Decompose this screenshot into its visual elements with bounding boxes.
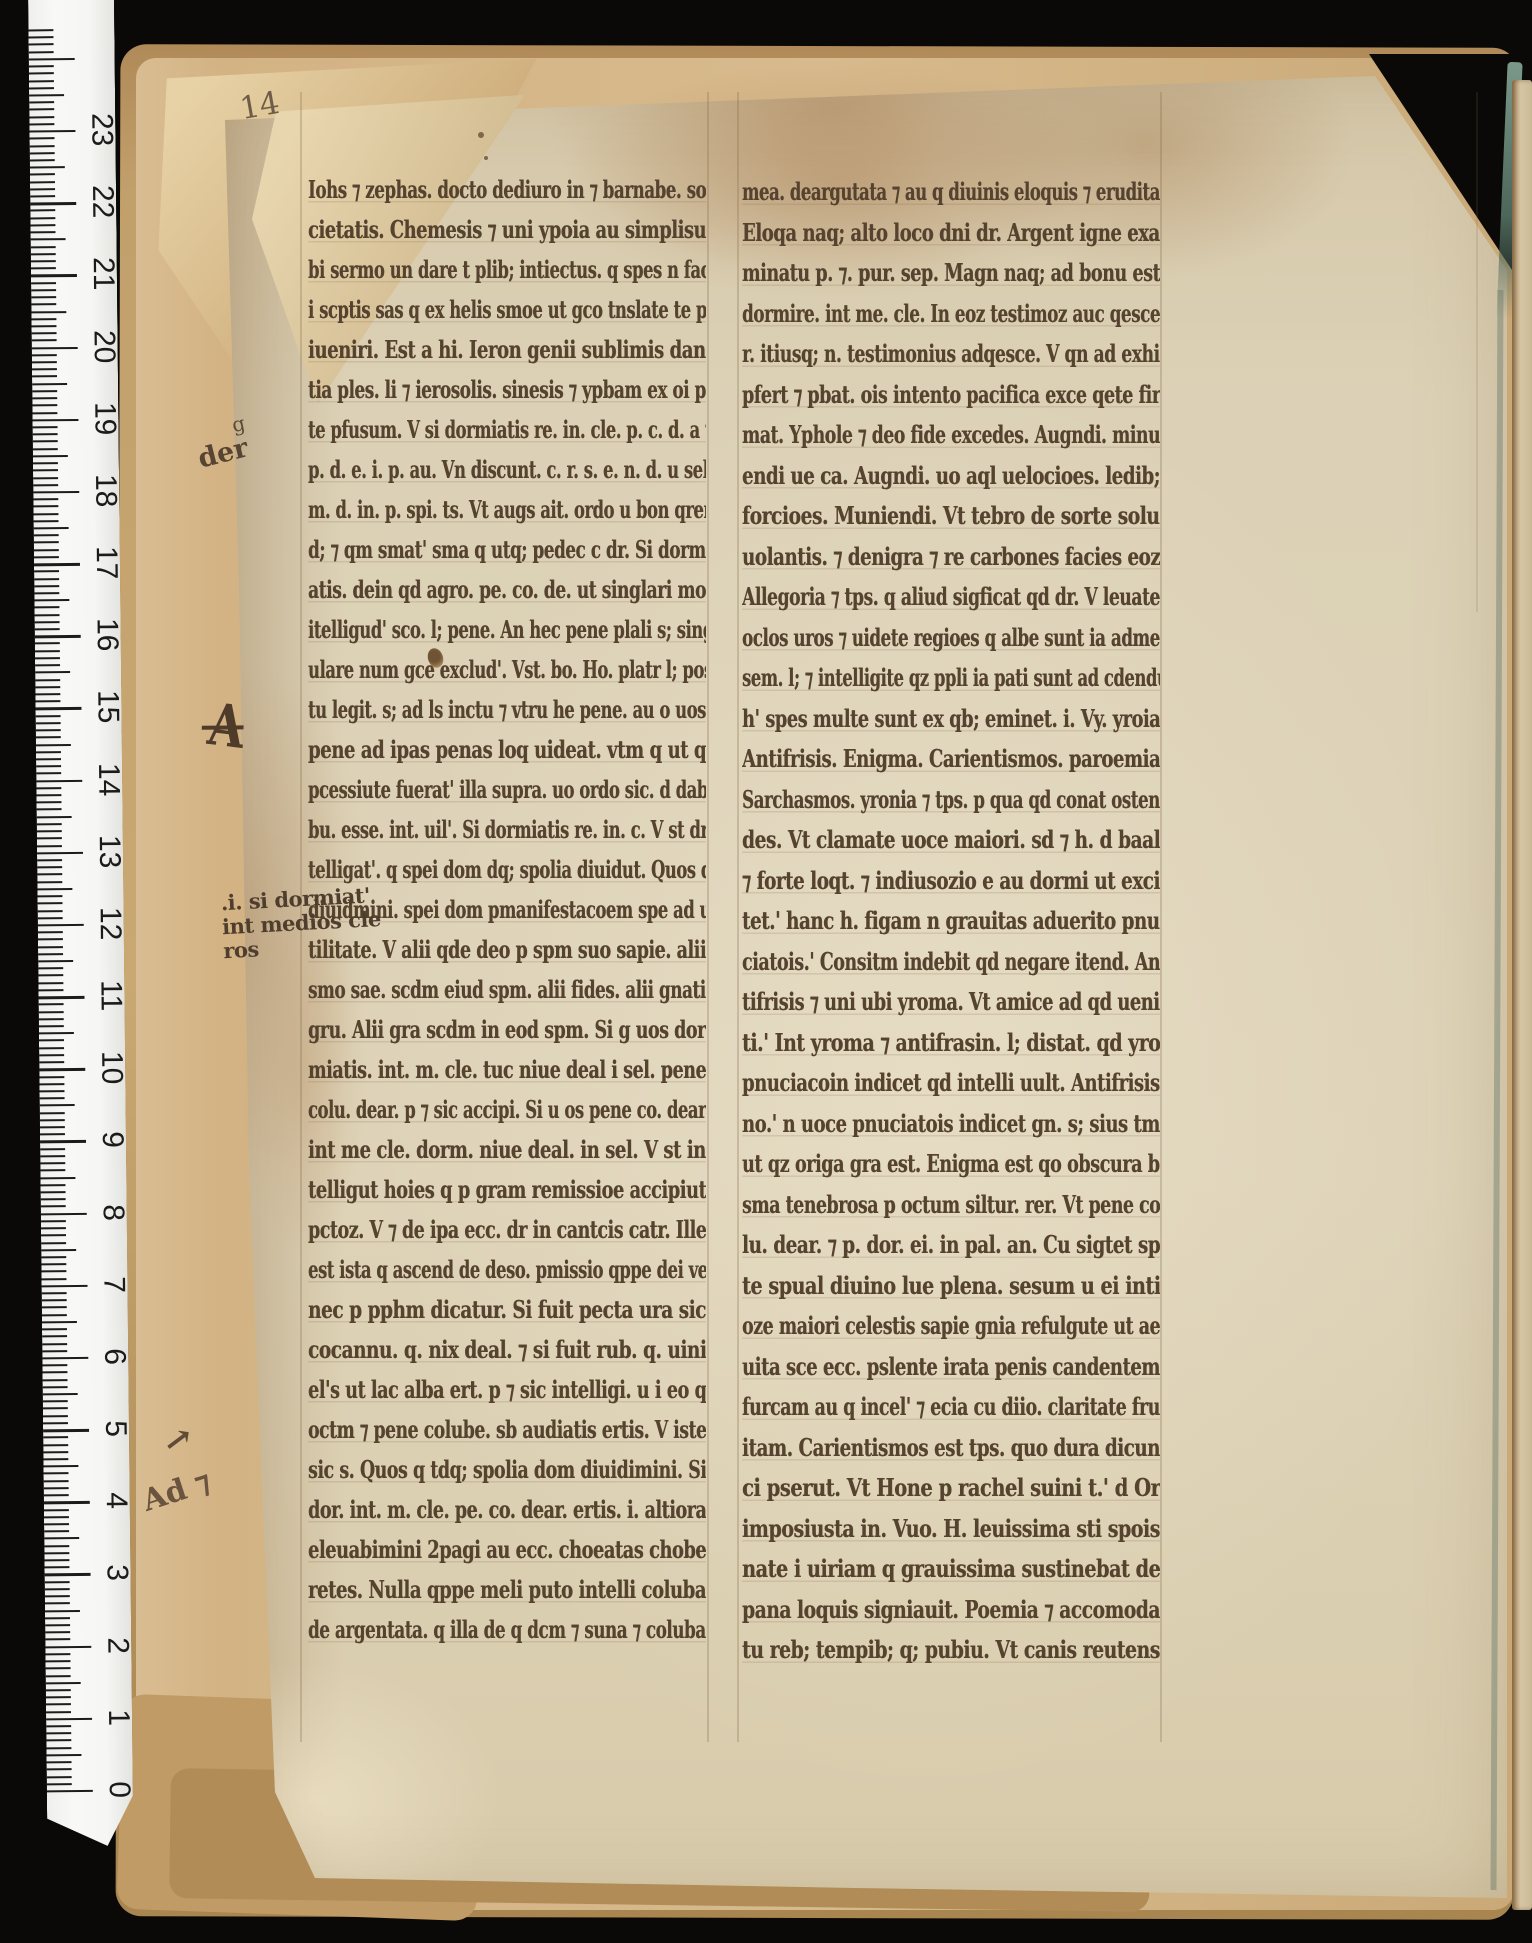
ruler-tick bbox=[33, 477, 58, 479]
ruler-tick bbox=[39, 1083, 64, 1085]
ruler-tick bbox=[29, 130, 75, 133]
ruler-tick bbox=[37, 823, 62, 825]
ruler-tick bbox=[39, 1032, 74, 1034]
manuscript-text-line: est ista q ascend de deso. pmissio qppe … bbox=[308, 1250, 579, 1290]
ruler-tick bbox=[31, 325, 56, 327]
ruler-tick bbox=[37, 816, 72, 818]
ruler-tick bbox=[34, 520, 59, 522]
ruler-tick bbox=[41, 1206, 66, 1208]
ruler-tick bbox=[38, 953, 63, 955]
ruler-tick bbox=[35, 628, 60, 630]
manuscript-text-line: tu reb; tempib; q; pubiu. Vt canis reute… bbox=[742, 1630, 1070, 1671]
ruler-tick bbox=[30, 137, 55, 139]
ruler-tick bbox=[45, 1610, 80, 1612]
ruler-tick bbox=[29, 109, 54, 111]
ruler-tick bbox=[43, 1473, 68, 1475]
ruler-tick bbox=[46, 1703, 71, 1705]
ruler-tick bbox=[37, 895, 62, 897]
ruler-tick bbox=[44, 1530, 69, 1532]
manuscript-text-line: lu. dear. ⁊ p. dor. ei. in pal. an. Cu s… bbox=[742, 1225, 1061, 1266]
manuscript-text-line: i scptis sas q ex helis smoe ut gco tnsl… bbox=[308, 290, 579, 330]
ruler-tick bbox=[31, 282, 56, 284]
ruler-tick bbox=[39, 1003, 64, 1005]
ruler-tick bbox=[34, 527, 69, 529]
ruler-tick bbox=[47, 1776, 72, 1778]
ruler-tick bbox=[36, 787, 61, 789]
manuscript-text-line: furcam au q incel' ⁊ ecia cu diio. clari… bbox=[742, 1387, 1045, 1428]
ruler-tick bbox=[45, 1581, 70, 1583]
ruler-tick bbox=[39, 1040, 64, 1042]
ruler-tick bbox=[41, 1249, 76, 1251]
manuscript-text-line: dor. int. m. cle. pe. co. dear. ertis. i… bbox=[308, 1490, 598, 1530]
ruler-tick bbox=[35, 686, 60, 688]
manuscript-text-line: nate i uiriam q grauissima sustinebat de bbox=[742, 1549, 1077, 1590]
ruler-tick bbox=[45, 1602, 70, 1604]
ruler-tick bbox=[41, 1256, 66, 1258]
ruler-tick bbox=[40, 1169, 65, 1171]
manuscript-text-line: no.' n uoce pnuciatois indicet gn. s; si… bbox=[742, 1104, 1055, 1145]
manuscript-text-line: m. d. in. p. spi. ts. Vt augs ait. ordo … bbox=[308, 490, 579, 530]
ruler-tick bbox=[43, 1415, 68, 1417]
ruler-tick bbox=[30, 210, 55, 212]
manuscript-text-line: nec p pphm dicatur. Si fuit pecta ura si… bbox=[308, 1290, 614, 1330]
ruler-tick bbox=[36, 773, 61, 775]
ruler-tick bbox=[37, 837, 62, 839]
ruler-tick bbox=[32, 404, 57, 406]
ruler-tick bbox=[34, 585, 59, 587]
ruler-tick bbox=[36, 722, 61, 724]
ruler-number: 11 bbox=[93, 976, 127, 1016]
ruler-tick bbox=[32, 390, 57, 392]
ruler-tick bbox=[29, 87, 54, 89]
manuscript-text-line: bu. esse. int. uil'. Si dormiatis re. in… bbox=[308, 810, 579, 850]
ruler-number: 23 bbox=[84, 110, 118, 150]
ruler-tick bbox=[35, 657, 60, 659]
manuscript-text-line: ciatois.' Consitm indebit qd negare iten… bbox=[742, 942, 1045, 983]
ruler-tick bbox=[47, 1790, 93, 1793]
manuscript-text-line: dormire. int me. cle. In eoz testimoz au… bbox=[742, 294, 1033, 335]
ruler-tick bbox=[32, 397, 57, 399]
ruler-tick bbox=[45, 1646, 91, 1649]
manuscript-text-line: sma tenebrosa p octum siltur. rer. Vt pe… bbox=[742, 1185, 1043, 1226]
manuscript-text-line: sem. l; ⁊ intelligite qz ppli ia pati su… bbox=[742, 658, 1026, 699]
ruler-tick bbox=[45, 1653, 70, 1655]
ruler-tick bbox=[28, 29, 53, 31]
manuscript-text-line: te spual diuino lue plena. sesum u ei in… bbox=[742, 1266, 1076, 1307]
ruler-tick bbox=[43, 1465, 78, 1467]
vertical-ruling bbox=[1476, 92, 1478, 612]
ruler-tick bbox=[46, 1667, 71, 1669]
ruler-tick bbox=[31, 303, 56, 305]
manuscript-text-line: de argentata. q illa de q dcm ⁊ suna ⁊ c… bbox=[308, 1610, 585, 1650]
ruler-tick bbox=[37, 859, 62, 861]
manuscript-text-line: forcioes. Muniendi. Vt tebro de sorte so… bbox=[742, 496, 1067, 537]
ruler-number: 22 bbox=[85, 182, 119, 222]
ruler-tick bbox=[29, 58, 75, 61]
ruler-tick bbox=[35, 664, 60, 666]
ruler-tick bbox=[29, 51, 54, 53]
ruler-tick bbox=[47, 1783, 72, 1785]
manuscript-text-line: octm ⁊ pene colube. sb audiatis ertis. V… bbox=[308, 1410, 593, 1450]
ruler-tick bbox=[30, 152, 55, 154]
ruler-tick bbox=[40, 1140, 86, 1143]
ruler-tick bbox=[31, 311, 66, 313]
ruler-tick bbox=[44, 1516, 69, 1518]
margin-arrow-mark: ↗ bbox=[161, 1418, 195, 1462]
ruler-tick bbox=[42, 1292, 67, 1294]
manuscript-text-line: iueniri. Est a hi. Ieron genii sublimis … bbox=[308, 330, 607, 370]
ruler-tick bbox=[34, 592, 59, 594]
ruler-tick bbox=[33, 491, 79, 494]
ruler-tick bbox=[44, 1480, 69, 1482]
ruler-tick bbox=[35, 693, 60, 695]
ruler-tick bbox=[37, 852, 83, 855]
ruler-tick bbox=[36, 765, 61, 767]
ruler-tick bbox=[32, 332, 57, 334]
vertical-ruling bbox=[737, 92, 739, 1742]
ruler-tick bbox=[34, 607, 59, 609]
ruler-tick bbox=[33, 448, 58, 450]
ruler-tick bbox=[34, 542, 59, 544]
ruler-tick bbox=[33, 506, 58, 508]
ruler-tick bbox=[34, 534, 59, 536]
manuscript-text-line: pnuciacoin indicet qd intelli uult. Anti… bbox=[742, 1063, 1055, 1104]
ruler-tick bbox=[46, 1740, 71, 1742]
ruler-tick bbox=[34, 549, 59, 551]
manuscript-text-line: Iohs ⁊ zephas. docto dediuro in ⁊ barnab… bbox=[308, 170, 583, 210]
ruler-tick bbox=[32, 340, 57, 342]
ruler-tick bbox=[45, 1624, 70, 1626]
ruler-tick bbox=[37, 845, 62, 847]
ruler-tick bbox=[46, 1682, 81, 1684]
ruler-tick bbox=[39, 1047, 64, 1049]
ruler-tick bbox=[41, 1220, 66, 1222]
vertical-ruling bbox=[1160, 92, 1162, 1742]
ruler-tick bbox=[41, 1242, 66, 1244]
ruler-tick bbox=[33, 498, 58, 500]
ruler-tick bbox=[34, 570, 59, 572]
ruler-tick bbox=[38, 931, 63, 933]
ruler-tick bbox=[39, 1090, 64, 1092]
ruler-tick bbox=[36, 794, 61, 796]
manuscript-text-line: Allegoria ⁊ tps. q aliud sigficat qd dr.… bbox=[742, 577, 1040, 618]
ruler-tick bbox=[36, 780, 82, 783]
ruler-tick bbox=[41, 1263, 66, 1265]
ruler-tick bbox=[44, 1523, 69, 1525]
ruler-tick bbox=[39, 1061, 64, 1063]
ruler-tick bbox=[44, 1552, 69, 1554]
ruler-tick bbox=[46, 1689, 71, 1691]
ruler-tick bbox=[31, 246, 56, 248]
ruler-tick bbox=[38, 902, 63, 904]
ruler-tick bbox=[41, 1198, 66, 1200]
manuscript-text-line: mea. deargutata ⁊ au q diuinis eloquis ⁊… bbox=[742, 172, 1027, 213]
ruler-tick bbox=[38, 917, 63, 919]
ruler-tick bbox=[31, 267, 56, 269]
ruler-tick bbox=[42, 1335, 67, 1337]
ruler-tick bbox=[36, 801, 61, 803]
ruler-tick bbox=[35, 671, 70, 673]
ruler-number: 21 bbox=[86, 254, 120, 294]
ruler-tick bbox=[30, 145, 55, 147]
ruler-tick bbox=[34, 563, 80, 566]
ruler-tick bbox=[46, 1696, 71, 1698]
ruler-number: 7 bbox=[96, 1264, 130, 1304]
ruler-tick bbox=[29, 101, 54, 103]
next-folio-edge bbox=[1512, 80, 1532, 1910]
ruler-tick bbox=[44, 1494, 69, 1496]
ruler-tick bbox=[37, 809, 62, 811]
ruler-tick bbox=[38, 975, 63, 977]
manuscript-text-line: gru. Alii gra scdm in eod spm. Si g uos … bbox=[308, 1010, 597, 1050]
manuscript-text-line: cietatis. Chemesis ⁊ uni ypoia au simpli… bbox=[308, 210, 604, 250]
ruler-tick bbox=[33, 513, 58, 515]
ruler-tick bbox=[43, 1451, 68, 1453]
ruler-tick bbox=[33, 484, 58, 486]
ruler-number: 20 bbox=[86, 326, 120, 366]
ruler-tick bbox=[43, 1436, 68, 1438]
ruler-tick bbox=[37, 881, 62, 883]
manuscript-text-line: h' spes multe sunt ex qb; eminet. i. Vy.… bbox=[742, 699, 1051, 740]
ruler-tick bbox=[43, 1429, 89, 1432]
ruler-tick bbox=[43, 1458, 68, 1460]
ruler-tick bbox=[35, 643, 60, 645]
manuscript-text-line: tu legit. s; ad ls inctu ⁊ vtru he pene.… bbox=[308, 690, 579, 730]
ruler-tick bbox=[42, 1343, 67, 1345]
ruler-tick bbox=[31, 274, 77, 277]
ruler-tick bbox=[40, 1126, 65, 1128]
ink-dot bbox=[478, 132, 484, 138]
ruler-tick bbox=[37, 874, 62, 876]
ruler-tick bbox=[40, 1148, 65, 1150]
ruler-tick bbox=[32, 347, 78, 350]
ruler-tick bbox=[29, 94, 64, 96]
manuscript-text-line: te pfusum. V si dormiatis re. in. cle. p… bbox=[308, 410, 579, 450]
ruler-tick bbox=[45, 1639, 70, 1641]
ruler-tick bbox=[35, 679, 60, 681]
ruler-tick bbox=[32, 376, 57, 378]
ruler-tick bbox=[45, 1631, 70, 1633]
ruler-tick bbox=[37, 888, 72, 890]
manuscript-text-line: minatu p. ⁊. pur. sep. Magn naq; ad bonu… bbox=[742, 253, 1048, 294]
ruler-tick bbox=[46, 1675, 71, 1677]
manuscript-text-line: ulare num gce exclud'. Vst. bo. Ho. plat… bbox=[308, 650, 579, 690]
manuscript-text-line: eleuabimini 2pagi au ecc. choeatas chobe bbox=[308, 1530, 603, 1570]
ruler-tick bbox=[38, 960, 73, 962]
ruler-tick bbox=[33, 455, 68, 457]
ruler-number: 5 bbox=[98, 1409, 132, 1449]
ruler-number: 18 bbox=[88, 470, 122, 510]
ruler-tick bbox=[39, 1011, 64, 1013]
ruler-tick bbox=[35, 700, 60, 702]
ruler-tick bbox=[32, 361, 57, 363]
ruler-tick bbox=[42, 1350, 67, 1352]
ruler-tick bbox=[42, 1328, 67, 1330]
ruler-number: 8 bbox=[96, 1192, 130, 1232]
ruler-tick bbox=[33, 441, 58, 443]
ruler-tick bbox=[38, 967, 63, 969]
ruler-tick bbox=[40, 1097, 65, 1099]
ruler-tick bbox=[45, 1588, 70, 1590]
manuscript-text-line: mat. Yphole ⁊ deo fide excedes. Augndi. … bbox=[742, 415, 1042, 456]
manuscript-text-line: uolantis. ⁊ denigra ⁊ re carbones facies… bbox=[742, 537, 1060, 578]
ruler-tick bbox=[34, 556, 59, 558]
ruler-tick bbox=[29, 80, 54, 82]
manuscript-text-line: r. itiusq; n. testimonius adqesce. V qn … bbox=[742, 334, 1040, 375]
ruler-tick bbox=[46, 1725, 71, 1727]
ruler-number: 16 bbox=[90, 615, 124, 655]
manuscript-text-line: tia ples. li ⁊ ierosolis. sinesis ⁊ ypba… bbox=[308, 370, 586, 410]
ruler-tick bbox=[42, 1364, 67, 1366]
ruler-tick bbox=[38, 924, 84, 927]
ruler-tick bbox=[32, 419, 78, 422]
ruler-number: 2 bbox=[100, 1625, 134, 1665]
ruler-tick bbox=[42, 1321, 77, 1323]
ruler-tick bbox=[39, 1054, 64, 1056]
ruler-tick bbox=[43, 1379, 68, 1381]
manuscript-text-line: telligut hoies q p gram remissioe accipi… bbox=[308, 1170, 603, 1210]
folio-number: 14 bbox=[237, 85, 282, 127]
ruler-tick bbox=[38, 946, 63, 948]
ruler-tick bbox=[37, 830, 62, 832]
ruler-tick bbox=[41, 1278, 66, 1280]
ruler-tick bbox=[46, 1747, 71, 1749]
ruler-tick bbox=[40, 1119, 65, 1121]
ruler-tick bbox=[43, 1393, 78, 1395]
ruler-tick bbox=[37, 866, 62, 868]
manuscript-text-line: ut qz origa gra est. Enigma est qo obscu… bbox=[742, 1144, 1048, 1185]
ruler-tick bbox=[31, 289, 56, 291]
ruler-tick bbox=[45, 1617, 70, 1619]
ruler-tick bbox=[44, 1559, 69, 1561]
ruler-tick bbox=[44, 1509, 69, 1511]
ruler-tick bbox=[38, 982, 63, 984]
manuscript-text-line: uita sce ecc. pslente irata penis canden… bbox=[742, 1347, 1056, 1388]
ruler-tick bbox=[32, 368, 57, 370]
ruler-tick bbox=[36, 744, 71, 746]
ruler-tick bbox=[47, 1761, 72, 1763]
ruler-tick bbox=[45, 1573, 91, 1576]
ruler-number: 15 bbox=[90, 687, 124, 727]
ruler-tick bbox=[44, 1545, 69, 1547]
ruler-tick bbox=[29, 123, 54, 125]
ruler-tick bbox=[44, 1537, 79, 1539]
ruler-tick bbox=[42, 1314, 67, 1316]
ruler-tick bbox=[31, 296, 56, 298]
ruler-number: 4 bbox=[99, 1481, 133, 1521]
ruler-number: 1 bbox=[101, 1697, 135, 1737]
ruler-tick bbox=[33, 426, 58, 428]
ruler-tick bbox=[47, 1768, 72, 1770]
ruler-tick bbox=[46, 1732, 71, 1734]
ruler-number: 9 bbox=[95, 1120, 129, 1160]
ruler-tick bbox=[44, 1501, 90, 1504]
manuscript-text-line: pana loquis signiauit. Poemia ⁊ accomoda bbox=[742, 1590, 1067, 1631]
ruler-tick bbox=[33, 469, 58, 471]
vertical-ruling bbox=[707, 92, 709, 1742]
ruler-tick bbox=[33, 433, 58, 435]
ruler-tick bbox=[40, 1162, 65, 1164]
text-column-right: mea. deargutata ⁊ au q diuinis eloquis ⁊… bbox=[742, 172, 1160, 1677]
ruler-tick bbox=[30, 166, 65, 168]
ruler-tick bbox=[31, 318, 56, 320]
manuscript-text-line: pctoz. V ⁊ de ipa ecc. dr in cantcis cat… bbox=[308, 1210, 597, 1250]
manuscript-text-line: pene ad ipas penas loq uideat. vtm q ut … bbox=[308, 730, 607, 770]
manuscript-text-line: ti.' Int yroma ⁊ antifrasin. l; distat. … bbox=[742, 1023, 1072, 1064]
ruler-tick bbox=[40, 1112, 65, 1114]
ruler-tick bbox=[38, 939, 63, 941]
manuscript-text-line: ⁊ forte loqt. ⁊ indiusozio e au dormi ut… bbox=[742, 861, 1061, 902]
ruler-tick bbox=[36, 729, 61, 731]
ruler-tick bbox=[32, 383, 67, 385]
ruler-tick bbox=[39, 1068, 85, 1071]
ruler-tick bbox=[35, 707, 81, 710]
ruler-tick bbox=[30, 188, 55, 190]
ruler-tick bbox=[41, 1191, 66, 1193]
ruler-tick bbox=[35, 635, 81, 638]
ruler-tick bbox=[42, 1357, 88, 1360]
ruler-number: 3 bbox=[99, 1553, 133, 1593]
ruler-tick bbox=[29, 65, 54, 67]
manuscript-text-line: sic s. Quos q tdq; spolia dom diuidimini… bbox=[308, 1450, 596, 1490]
ruler-tick bbox=[32, 354, 57, 356]
ruler-tick bbox=[30, 231, 55, 233]
ruler-tick bbox=[41, 1234, 66, 1236]
manuscript-text-line: ci pserut. Vt Hone p rachel suini t.' d … bbox=[742, 1468, 1081, 1509]
manuscript-text-line: miatis. int. m. cle. tuc niue deal i sel… bbox=[308, 1050, 598, 1090]
manuscript-text-line: Sarchasmos. yronia ⁊ tps. p qua qd conat… bbox=[742, 780, 1031, 821]
ruler-tick bbox=[32, 412, 57, 414]
ruler-tick bbox=[38, 996, 84, 999]
manuscript-text-line: Antifrisis. Enigma. Carientismos. paroem… bbox=[742, 739, 1056, 780]
manuscript-text-line: d; ⁊ qm smat' sma q utq; pedec c dr. Si … bbox=[308, 530, 586, 570]
ruler-tick bbox=[40, 1184, 65, 1186]
manuscript-text-line: des. Vt clamate uoce maiori. sd ⁊ h. d b… bbox=[742, 820, 1065, 861]
ruler-tick bbox=[43, 1422, 68, 1424]
ruler-tick bbox=[43, 1386, 68, 1388]
ruler-number: 6 bbox=[97, 1336, 131, 1376]
manuscript-text-line: p. d. e. i. p. au. Vn discunt. c. r. s. … bbox=[308, 450, 579, 490]
ruler-tick bbox=[39, 1025, 64, 1027]
ruler-tick bbox=[30, 217, 55, 219]
manuscript-text-line: itelligud' sco. l; pene. An hec pene pla… bbox=[308, 610, 579, 650]
ruler-number: 12 bbox=[93, 903, 127, 943]
ruler-tick bbox=[39, 1018, 64, 1020]
ruler-tick bbox=[30, 195, 55, 197]
ruler-tick bbox=[35, 621, 60, 623]
ruler-tick bbox=[40, 1155, 65, 1157]
ruler-tick bbox=[36, 715, 61, 717]
ruler-tick bbox=[30, 174, 55, 176]
ruler-tick bbox=[40, 1104, 75, 1106]
ruler-tick bbox=[41, 1213, 87, 1216]
ruler-tick bbox=[34, 578, 59, 580]
manuscript-text-line: colu. dear. p ⁊ sic accipi. Si u os pene… bbox=[308, 1090, 579, 1130]
manuscript-text-line: retes. Nulla qppe meli puto intelli colu… bbox=[308, 1570, 607, 1610]
ruler-number: 14 bbox=[91, 759, 125, 799]
ruler-number: 10 bbox=[94, 1048, 128, 1088]
manuscript-text-line: pfert ⁊ pbat. ois intento pacifica exce … bbox=[742, 375, 1045, 416]
ruler-tick bbox=[36, 758, 61, 760]
ruler-tick bbox=[45, 1660, 70, 1662]
ruler-tick bbox=[29, 44, 54, 46]
ruler-tick bbox=[29, 116, 54, 118]
ruler-number: 17 bbox=[89, 543, 123, 583]
manuscript-text-line: tet.' hanc h. figam n grauitas aduerito … bbox=[742, 901, 1060, 942]
ruler-tick bbox=[36, 751, 61, 753]
manuscript-text-line: Eloqa naq; alto loco dni dr. Argent igne… bbox=[742, 213, 1056, 254]
ruler-tick bbox=[29, 73, 54, 75]
